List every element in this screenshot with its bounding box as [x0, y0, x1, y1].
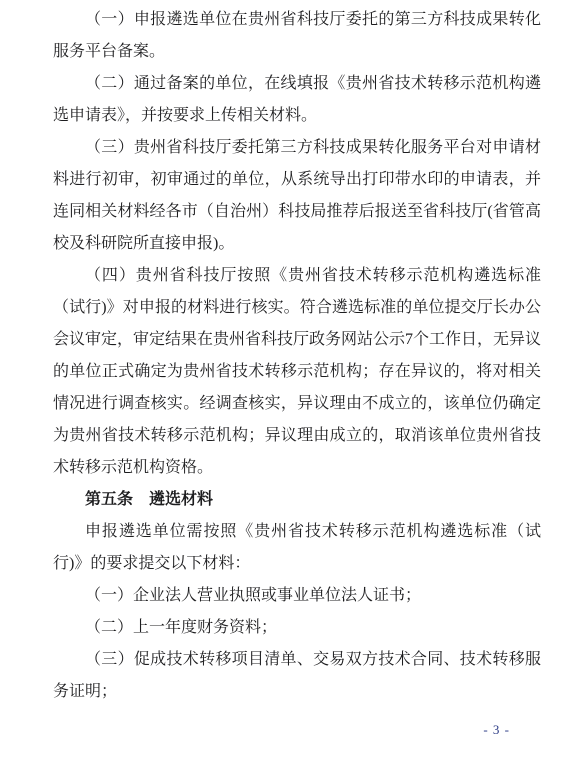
- paragraph: （二）上一年度财务资料；: [53, 612, 541, 644]
- document-page: （一）申报遴选单位在贵州省科技厅委托的第三方科技成果转化服务平台备案。（二）通过…: [0, 0, 580, 762]
- paragraph: 申报遴选单位需按照《贵州省技术转移示范机构遴选标准（试行)》的要求提交以下材料：: [53, 516, 541, 580]
- paragraph: （二）通过备案的单位，在线填报《贵州省技术转移示范机构遴选申请表》，并按要求上传…: [53, 68, 541, 132]
- paragraph: （三）促成技术转移项目清单、交易双方技术合同、技术转移服务证明；: [53, 644, 541, 708]
- paragraph: （一）企业法人营业执照或事业单位法人证书；: [53, 580, 541, 612]
- section-heading: 第五条 遴选材料: [53, 484, 541, 516]
- page-number: - 3 -: [483, 720, 510, 740]
- paragraph: （一）申报遴选单位在贵州省科技厅委托的第三方科技成果转化服务平台备案。: [53, 4, 541, 68]
- paragraph: （四）贵州省科技厅按照《贵州省技术转移示范机构遴选标准（试行)》对申报的材料进行…: [53, 260, 541, 484]
- document-body: （一）申报遴选单位在贵州省科技厅委托的第三方科技成果转化服务平台备案。（二）通过…: [53, 4, 541, 708]
- paragraph: （三）贵州省科技厅委托第三方科技成果转化服务平台对申请材料进行初审，初审通过的单…: [53, 132, 541, 260]
